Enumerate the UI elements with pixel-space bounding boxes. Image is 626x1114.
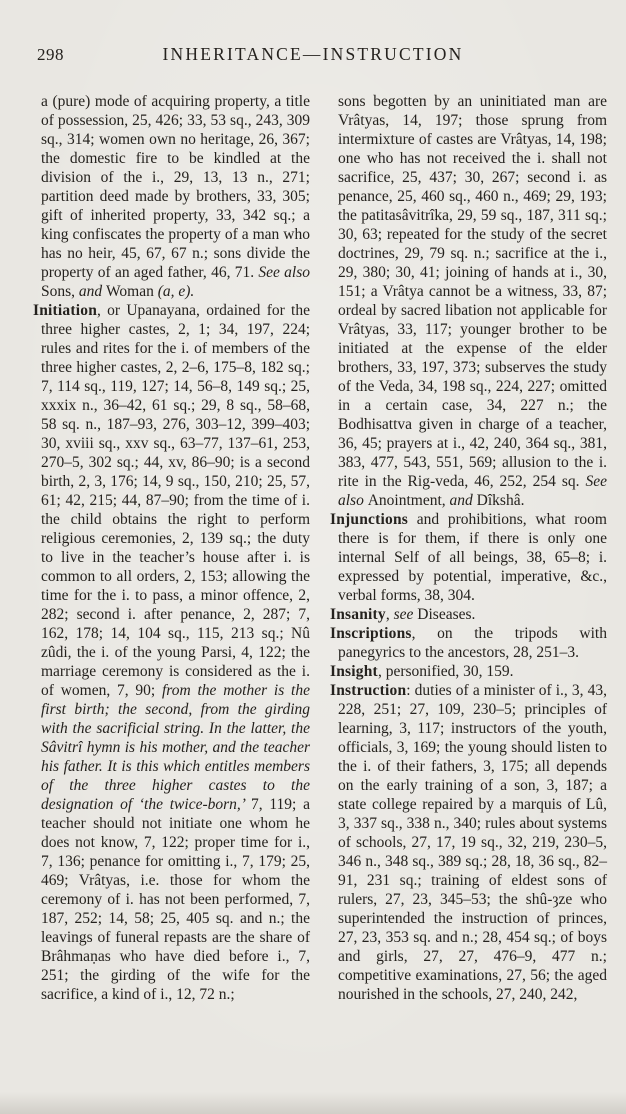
entry-text-run: and xyxy=(450,492,477,509)
entry-text-run: (a, e). xyxy=(158,283,195,300)
entry-headword: Injunctions xyxy=(330,511,408,528)
entry-headword: Insight xyxy=(330,663,378,680)
right-column: sons begotten by an uninitiated man are … xyxy=(330,92,607,1004)
entry-text-run: Diseases. xyxy=(417,606,475,623)
entry-text-run: see xyxy=(394,606,418,623)
index-entry: Insight, personified, 30, 159. xyxy=(330,662,607,681)
entry-headword: Insanity xyxy=(330,606,386,623)
scan-edge-shadow xyxy=(0,1092,626,1114)
entry-text-run: Anointment, xyxy=(368,492,450,509)
entry-text-run: sons begotten by an uninitiated man are … xyxy=(338,93,607,490)
entry-text-run: See also xyxy=(258,264,310,281)
entry-headword: Inscriptions xyxy=(330,625,412,642)
entry-text-run: Sons, xyxy=(41,283,79,300)
entry-text-run: Dîkshâ. xyxy=(477,492,525,509)
index-entry: Inscriptions, on the tripods with panegy… xyxy=(330,624,607,662)
left-column: a (pure) mode of acquiring property, a t… xyxy=(33,92,310,1004)
entry-text-run: , personified, 30, 159. xyxy=(378,663,514,680)
page-header: 298 INHERITANCE—INSTRUCTION xyxy=(0,44,626,68)
running-title: INHERITANCE—INSTRUCTION xyxy=(0,44,626,65)
entry-text-run: from the mother is the first birth; the … xyxy=(41,682,310,813)
index-entry: Initiation, or Upanayana, ordained for t… xyxy=(33,301,310,1004)
entry-text-run: , or Upanayana, ordained for the three h… xyxy=(41,302,310,699)
entry-text-run: a (pure) mode of acquiring property, a t… xyxy=(41,93,310,281)
index-entry: Instruction: duties of a minister of i.,… xyxy=(330,681,607,1004)
index-entry: Insanity, see Diseases. xyxy=(330,605,607,624)
entry-text-run: Woman xyxy=(106,283,158,300)
index-entry: a (pure) mode of acquiring property, a t… xyxy=(33,92,310,301)
entry-text-run: : duties of a minister of i., 3, 43, 228… xyxy=(338,682,607,1003)
index-entry: sons begotten by an uninitiated man are … xyxy=(330,92,607,510)
entry-text-run: 7, 119; a teacher should not initiate on… xyxy=(41,796,310,1003)
index-columns: a (pure) mode of acquiring property, a t… xyxy=(33,92,607,1004)
entry-headword: Instruction xyxy=(330,682,406,699)
entry-text-run: and xyxy=(79,283,106,300)
entry-text-run: , xyxy=(386,606,394,623)
index-entry: Injunctions and prohibitions, what room … xyxy=(330,510,607,605)
entry-headword: Initiation xyxy=(33,302,97,319)
book-page: 298 INHERITANCE—INSTRUCTION a (pure) mod… xyxy=(0,0,626,1114)
